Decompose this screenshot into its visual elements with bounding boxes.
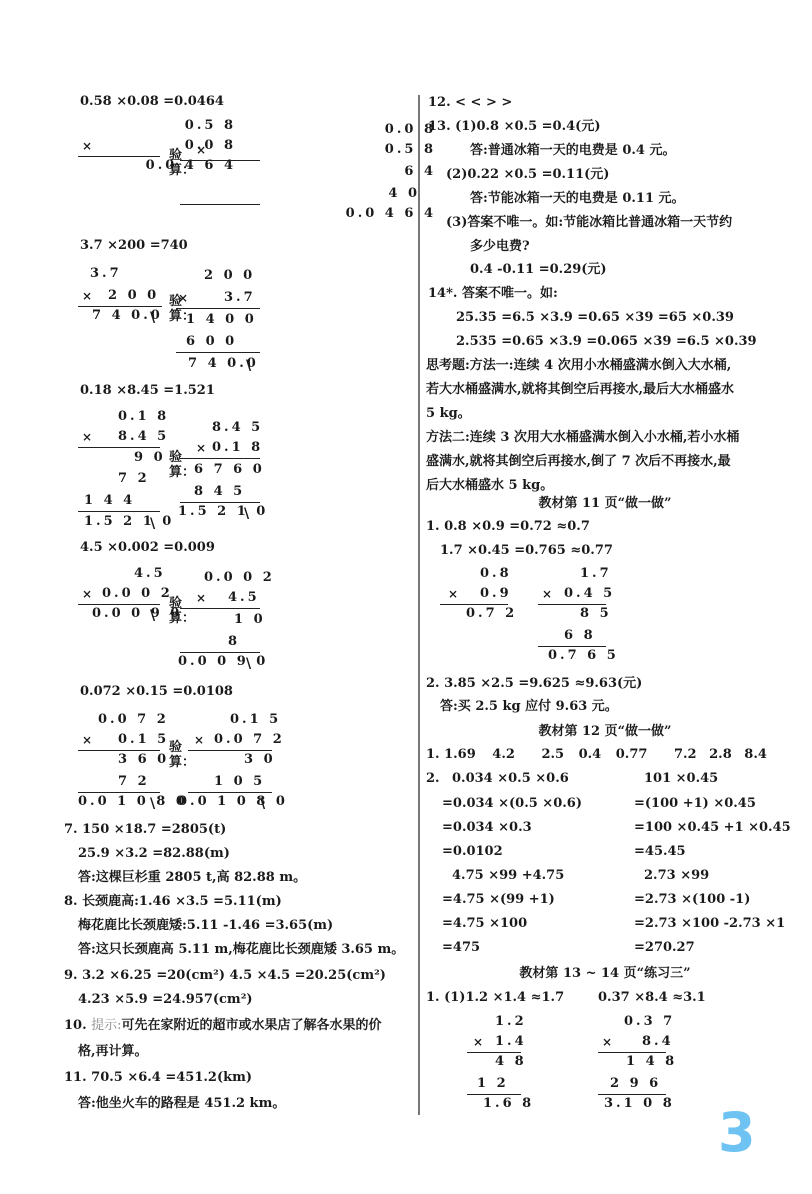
- calc-rule: [598, 1094, 666, 1095]
- q14-line3: 2.535 =0.65 ×3.9 =0.065 ×39 =6.5 ×0.39: [456, 334, 757, 350]
- q13-part3-cont: 多少电费?: [470, 239, 530, 255]
- partial-product: 1 4 4: [84, 493, 135, 509]
- p12-q1: 1. 1.69 4.2 2.5 0.4 0.77 7.2 2.8 8.4: [426, 747, 767, 763]
- q13-answer2: 答:节能冰箱一天的电费是 0.11 元。: [470, 191, 685, 207]
- partial-product: 9 0: [134, 450, 166, 466]
- q13-part3-calc: 0.4 -0.11 =0.29(元): [470, 262, 607, 278]
- calc-rule: [180, 652, 260, 653]
- calc-rule: [598, 1052, 666, 1053]
- product: 3.1 0 8: [604, 1096, 675, 1112]
- product: 0.7 2: [466, 606, 517, 622]
- partial-product: 6 0 0: [186, 334, 237, 350]
- product: 0.7 6 5: [548, 648, 619, 664]
- strike-mark: \: [256, 796, 269, 812]
- p12-left-step: =4.75 ×(99 +1): [442, 892, 555, 908]
- operand: 0.5 8: [385, 142, 436, 158]
- operand: 0.1 8: [118, 409, 169, 425]
- answer: 2.5: [541, 747, 564, 762]
- strike-mark: \: [146, 608, 159, 624]
- q10-number: 10.: [64, 1018, 87, 1033]
- thinking-line3: 5 kg。: [426, 406, 471, 422]
- operand: 8.4: [642, 1034, 674, 1050]
- check-label: 验算：: [169, 596, 183, 626]
- p12-left-step: =4.75 ×100: [442, 916, 527, 932]
- calc-rule: [188, 792, 272, 793]
- times-sign: ×: [82, 429, 92, 445]
- partial-product: 8 5: [580, 606, 612, 622]
- p13-q1-a: 1. (1)1.2 ×1.4 ≈1.7: [426, 990, 564, 1006]
- times-sign: ×: [542, 586, 552, 602]
- operand: 0.0 0 2: [204, 570, 275, 586]
- p12-left-step: =0.0102: [442, 844, 503, 860]
- q14-line2: 25.35 =6.5 ×3.9 =0.65 ×39 =65 ×0.39: [456, 310, 734, 326]
- times-sign: ×: [196, 142, 206, 158]
- p12-left-step: =0.034 ×0.3: [442, 820, 532, 836]
- partial-product: 6 7 6 0: [194, 462, 265, 478]
- times-sign: ×: [82, 586, 92, 602]
- product: 1.5 2 1 0: [178, 504, 268, 520]
- p12-right-step: =(100 +1) ×0.45: [634, 796, 756, 812]
- partial-product: 1 4 8: [626, 1054, 677, 1070]
- times-sign: ×: [602, 1034, 612, 1050]
- partial-product: 3 6 0: [118, 752, 169, 768]
- calc-rule: [188, 750, 272, 751]
- p11-q1-line1: 1. 0.8 ×0.9 =0.72 ≈0.7: [426, 519, 590, 535]
- p12-right-step: =2.73 ×100 -2.73 ×1: [634, 916, 785, 932]
- times-sign: ×: [473, 1034, 483, 1050]
- q8-answer: 答:这只长颈鹿高 5.11 m,梅花鹿比长颈鹿矮 3.65 m。: [78, 942, 404, 958]
- thinking-line5: 盛满水,就将其倒空后再接水,倒了 7 次后不再接水,最: [426, 454, 731, 470]
- partial-product: 1 2: [477, 1076, 509, 1092]
- times-sign: ×: [82, 732, 92, 748]
- section-heading-p11: 教材第 11 页“做一做”: [420, 496, 790, 512]
- calc-rule: [78, 447, 160, 448]
- calc-rule: [467, 1094, 521, 1095]
- q14-line1: 14*. 答案不唯一。如:: [428, 286, 558, 302]
- check-label: 验算：: [169, 450, 183, 480]
- calc-rule: [180, 502, 260, 503]
- p12-right-step: 2.73 ×99: [644, 868, 709, 884]
- equation-5: 0.072 ×0.15 =0.0108: [80, 684, 233, 700]
- p12-right-step: =45.45: [634, 844, 686, 860]
- calc-rule: [78, 604, 160, 605]
- q11-line1: 11. 70.5 ×6.4 =451.2(km): [64, 1070, 252, 1086]
- q13-part3: (3)答案不唯一。如:节能冰箱比普通冰箱一天节约: [446, 215, 732, 231]
- thinking-line2: 若大水桶盛满水,就将其倒空后再接水,最后大水桶盛水: [426, 382, 734, 398]
- operand: 0.9: [480, 586, 512, 602]
- partial-product: 1 0: [234, 612, 266, 628]
- q11-answer: 答:他坐火车的路程是 451.2 km。: [78, 1096, 285, 1112]
- answer: 0.4: [579, 747, 602, 762]
- operand: 2 0 0: [204, 268, 255, 284]
- partial-product: 6 4: [404, 164, 436, 180]
- check-label: 验算：: [169, 740, 183, 770]
- p12-right-step: =100 ×0.45 +1 ×0.45: [634, 820, 791, 836]
- operand: 0.0 8: [185, 138, 236, 154]
- q13-part1: 13. (1)0.8 ×0.5 =0.4(元): [428, 119, 600, 135]
- partial-product: 8 4 5: [194, 484, 245, 500]
- answer: 1. 1.69: [426, 747, 476, 762]
- calc-rule: [180, 204, 260, 205]
- p12-q2-number: 2.: [426, 771, 440, 787]
- times-sign: ×: [194, 732, 204, 748]
- strike-mark: \: [242, 358, 255, 374]
- partial-product: 4 8: [495, 1054, 527, 1070]
- calc-rule: [176, 308, 260, 309]
- p11-q2-line1: 2. 3.85 ×2.5 =9.625 ≈9.63(元): [426, 676, 642, 692]
- q10-text: 可先在家附近的超市或水果店了解各水果的价: [122, 1018, 382, 1033]
- strike-mark: \: [240, 506, 253, 522]
- operand: 3.7: [224, 290, 256, 306]
- p12-left-step: 0.034 ×0.5 ×0.6: [452, 771, 569, 787]
- q7-line1: 7. 150 ×18.7 =2805(t): [64, 822, 226, 838]
- product: 0.0 4 6 4: [346, 206, 436, 222]
- check-label: 验算：: [169, 148, 183, 178]
- calc-rule: [440, 604, 508, 605]
- page-number: 3: [718, 1103, 756, 1163]
- q7-answer: 答:这棵巨杉重 2805 t,高 82.88 m。: [78, 870, 306, 886]
- operand: 1.2: [495, 1014, 527, 1030]
- calc-rule: [180, 160, 260, 161]
- partial-product: 7 2: [118, 774, 150, 790]
- operand: 1.4: [495, 1034, 527, 1050]
- calc-rule: [538, 646, 606, 647]
- section-heading-p13-14: 教材第 13 ~ 14 页“练习三”: [420, 966, 790, 982]
- operand: 0.8: [480, 566, 512, 582]
- equation-3: 0.18 ×8.45 =1.521: [80, 383, 215, 399]
- operand: 8.4 5: [118, 429, 169, 445]
- section-heading-p12: 教材第 12 页“做一做”: [420, 724, 790, 740]
- times-sign: ×: [82, 138, 92, 154]
- q9-line1: 9. 3.2 ×6.25 =20(cm²) 4.5 ×4.5 =20.25(cm…: [64, 968, 386, 984]
- q12-line: 12. < < > >: [428, 95, 512, 111]
- strike-mark: \: [242, 656, 255, 672]
- partial-product: 6 8: [564, 628, 596, 644]
- equation-1: 0.58 ×0.08 =0.0464: [80, 94, 224, 110]
- calc-rule: [78, 306, 162, 307]
- operand: 8.4 5: [212, 420, 263, 436]
- operand: 0.1 5: [230, 712, 281, 728]
- operand: 0.1 8: [212, 440, 263, 456]
- product: 0.0 1 0 8 0: [178, 794, 288, 810]
- p12-right-step: =270.27: [634, 940, 695, 956]
- p11-q1-line2: 1.7 ×0.45 =0.765 ≈0.77: [440, 543, 613, 559]
- q13-answer1: 答:普通冰箱一天的电费是 0.4 元。: [470, 143, 675, 159]
- thinking-line4: 方法二:连续 3 次用大水桶盛满水倒入小水桶,若小水桶: [426, 430, 739, 446]
- partial-product: 1 0 5: [214, 774, 265, 790]
- q8-line1: 8. 长颈鹿高:1.46 ×3.5 =5.11(m): [64, 894, 282, 910]
- p12-left-step: 4.75 ×99 +4.75: [452, 868, 564, 884]
- p12-right-step: =2.73 ×(100 -1): [634, 892, 750, 908]
- operand: 4.5: [134, 566, 166, 582]
- calc-rule: [538, 604, 606, 605]
- partial-product: 1 4 0 0: [186, 312, 257, 328]
- strike-mark: \: [146, 516, 159, 532]
- thinking-line6: 后大水桶盛水 5 kg。: [426, 478, 553, 494]
- equation-2: 3.7 ×200 =740: [80, 238, 188, 254]
- operand: 2 0 0: [108, 288, 159, 304]
- q13-part2: (2)0.22 ×0.5 =0.11(元): [446, 167, 609, 183]
- product: 1.6 8: [483, 1096, 534, 1112]
- operand: 0.5 8: [185, 118, 236, 134]
- q10-line2: 格,再计算。: [78, 1044, 148, 1060]
- answer: 7.2: [674, 747, 697, 762]
- p12-left-step: =0.034 ×(0.5 ×0.6): [442, 796, 582, 812]
- p12-left-step: =475: [442, 940, 480, 956]
- calc-rule: [78, 156, 160, 157]
- thinking-line1: 思考题:方法一:连续 4 次用小水桶盛满水倒入大水桶,: [426, 358, 731, 374]
- q9-line2: 4.23 ×5.9 =24.957(cm²): [78, 992, 253, 1008]
- operand: 0.3 7: [624, 1014, 675, 1030]
- operand: 1.7: [580, 566, 612, 582]
- calc-rule: [78, 511, 160, 512]
- p12-right-step: 101 ×0.45: [644, 771, 718, 787]
- times-sign: ×: [196, 440, 206, 456]
- operand: 3.7: [90, 266, 122, 282]
- answer: 4.2: [492, 747, 515, 762]
- times-sign: ×: [178, 290, 188, 306]
- times-sign: ×: [448, 586, 458, 602]
- answer: 2.8: [709, 747, 732, 762]
- calc-rule: [176, 352, 260, 353]
- calc-rule: [180, 458, 260, 459]
- p11-q2-answer: 答:买 2.5 kg 应付 9.63 元。: [440, 699, 618, 715]
- operand: 0.0 0 2: [102, 586, 173, 602]
- strike-mark: \: [146, 310, 159, 326]
- q8-line2: 梅花鹿比长颈鹿矮:5.11 -1.46 =3.65(m): [78, 918, 333, 934]
- calc-rule: [78, 792, 160, 793]
- partial-product: 3 0: [244, 752, 276, 768]
- q10-line1: 10. 提示:可先在家附近的超市或水果店了解各水果的价: [64, 1018, 382, 1034]
- strike-mark: \: [146, 796, 159, 812]
- partial-product: 7 2: [118, 471, 150, 487]
- q7-line2: 25.9 ×3.2 =82.88(m): [78, 846, 230, 862]
- answer: 8.4: [744, 747, 767, 762]
- times-sign: ×: [82, 288, 92, 304]
- product: 0.0 1 0 8 0: [78, 794, 188, 810]
- partial-product: 4 0: [388, 186, 420, 202]
- calc-rule: [180, 608, 260, 609]
- partial-product: 8: [228, 634, 240, 650]
- partial-product: 2 9 6: [610, 1076, 661, 1092]
- operand: 0.0 7 2: [214, 732, 285, 748]
- operand: 0.0 7 2: [98, 712, 169, 728]
- operand: 0.4 5: [564, 586, 615, 602]
- column-divider: [418, 95, 420, 1115]
- equation-4: 4.5 ×0.002 =0.009: [80, 540, 215, 556]
- q10-hint-label: 提示:: [91, 1018, 121, 1033]
- p13-q1-b: 0.37 ×8.4 ≈3.1: [598, 990, 706, 1006]
- calc-rule: [78, 750, 160, 751]
- product: 1.5 2 1 0: [84, 514, 174, 530]
- calc-rule: [467, 1052, 521, 1053]
- operand: 4.5: [228, 590, 260, 606]
- times-sign: ×: [196, 590, 206, 606]
- answer: 0.77: [616, 747, 648, 762]
- operand: 0.1 5: [118, 732, 169, 748]
